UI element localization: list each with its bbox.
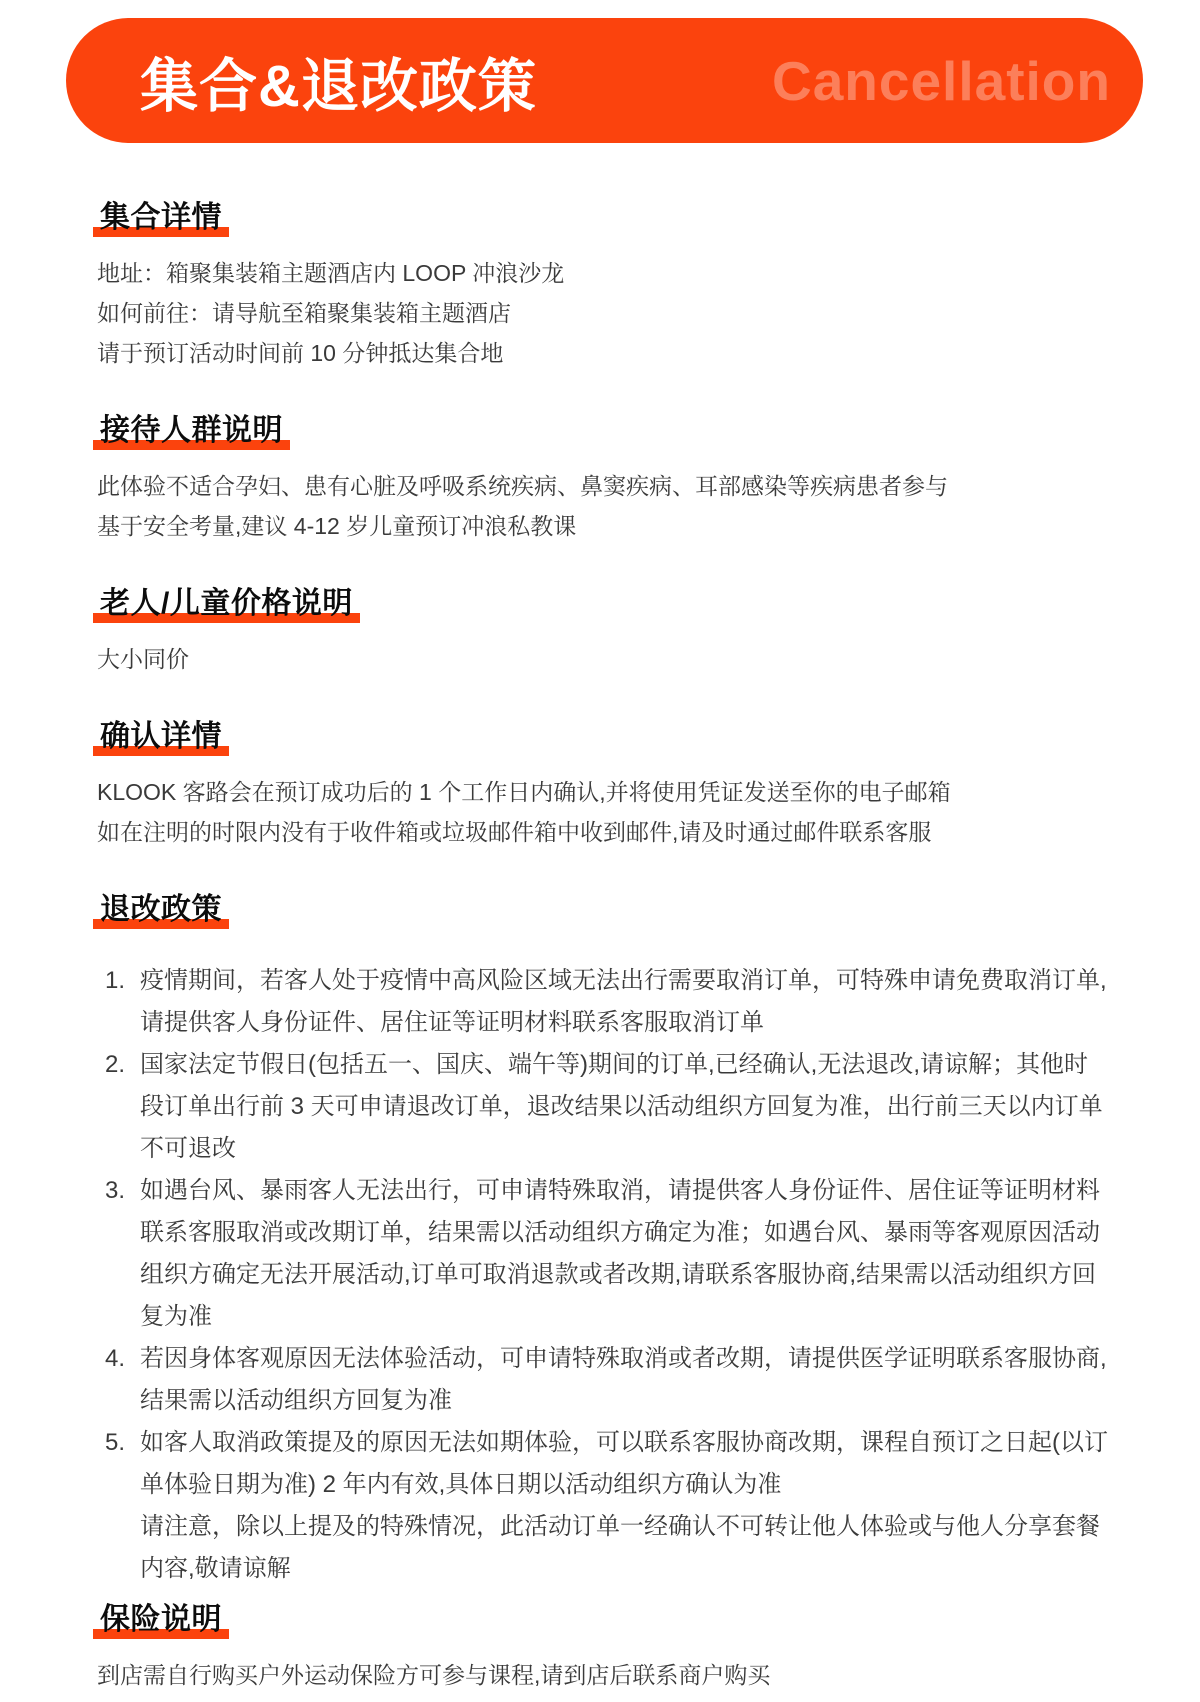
section-heading-insurance: 保险说明 <box>100 1602 222 1638</box>
section-audience: 接待人群说明 此体验不适合孕妇、患有心脏及呼吸系统疾病、鼻窦疾病、耳部感染等疾病… <box>97 413 1110 546</box>
section-heading-senior-child-price: 老人/儿童价格说明 <box>100 586 353 622</box>
section-cancellation-policy: 退改政策 1. 疫情期间，若客人处于疫情中高风险区域无法出行需要取消订单，可特殊… <box>97 892 1110 1590</box>
policy-item-text: 疫情期间，若客人处于疫情中高风险区域无法出行需要取消订单，可特殊申请免费取消订单… <box>140 960 1110 1044</box>
section-body: 大小同价 <box>97 639 1110 679</box>
section-body: 此体验不适合孕妇、患有心脏及呼吸系统疾病、鼻窦疾病、耳部感染等疾病患者参与 基于… <box>97 466 1110 546</box>
paragraph: 地址：箱聚集装箱主题酒店内 LOOP 冲浪沙龙 <box>97 253 1110 293</box>
policy-item-number: 4. <box>105 1338 140 1422</box>
paragraph: 此体验不适合孕妇、患有心脏及呼吸系统疾病、鼻窦疾病、耳部感染等疾病患者参与 <box>97 466 1110 506</box>
section-heading-meeting-details: 集合详情 <box>100 200 222 236</box>
policy-item-2: 2. 国家法定节假日(包括五一、国庆、端午等)期间的订单,已经确认,无法退改,请… <box>105 1044 1110 1170</box>
section-heading-audience: 接待人群说明 <box>100 413 283 449</box>
banner-title: 集合&退改政策 <box>140 39 537 123</box>
policy-item-text: 如遇台风、暴雨客人无法出行，可申请特殊取消，请提供客人身份证件、居住证等证明材料… <box>140 1170 1110 1338</box>
policy-item-3: 3. 如遇台风、暴雨客人无法出行，可申请特殊取消，请提供客人身份证件、居住证等证… <box>105 1170 1110 1338</box>
policy-item-number: 2. <box>105 1044 140 1170</box>
section-body: 到店需自行购买户外运动保险方可参与课程,请到店后联系商户购买 <box>97 1655 1110 1695</box>
section-body: KLOOK 客路会在预订成功后的 1 个工作日内确认,并将使用凭证发送至你的电子… <box>97 772 1110 852</box>
banner-subtitle: Cancellation <box>772 49 1111 113</box>
paragraph: 如何前往：请导航至箱聚集装箱主题酒店 <box>97 293 1110 333</box>
section-senior-child-price: 老人/儿童价格说明 大小同价 <box>97 586 1110 679</box>
policy-item-text: 若因身体客观原因无法体验活动，可申请特殊取消或者改期，请提供医学证明联系客服协商… <box>140 1338 1110 1422</box>
policy-item-text: 如客人取消政策提及的原因无法如期体验，可以联系客服协商改期，课程自预订之日起(以… <box>140 1422 1110 1506</box>
paragraph: 到店需自行购买户外运动保险方可参与课程,请到店后联系商户购买 <box>97 1655 1110 1695</box>
policy-item-text: 国家法定节假日(包括五一、国庆、端午等)期间的订单,已经确认,无法退改,请谅解；… <box>140 1044 1110 1170</box>
policy-item-note: 请注意，除以上提及的特殊情况，此活动订单一经确认不可转让他人体验或与他人分享套餐… <box>140 1506 1110 1590</box>
paragraph: KLOOK 客路会在预订成功后的 1 个工作日内确认,并将使用凭证发送至你的电子… <box>97 772 1110 812</box>
policy-item-4: 4. 若因身体客观原因无法体验活动，可申请特殊取消或者改期，请提供医学证明联系客… <box>105 1338 1110 1422</box>
policy-banner: 集合&退改政策 Cancellation <box>66 18 1143 143</box>
policy-content: 集合详情 地址：箱聚集装箱主题酒店内 LOOP 冲浪沙龙 如何前往：请导航至箱聚… <box>0 200 1200 1695</box>
paragraph: 大小同价 <box>97 639 1110 679</box>
section-body: 地址：箱聚集装箱主题酒店内 LOOP 冲浪沙龙 如何前往：请导航至箱聚集装箱主题… <box>97 253 1110 373</box>
policy-list: 1. 疫情期间，若客人处于疫情中高风险区域无法出行需要取消订单，可特殊申请免费取… <box>97 960 1110 1590</box>
section-heading-cancellation-policy: 退改政策 <box>100 892 222 928</box>
section-heading-confirmation: 确认详情 <box>100 719 222 755</box>
policy-item-number: 1. <box>105 960 140 1044</box>
policy-item-number: 3. <box>105 1170 140 1338</box>
policy-item-number: 5. <box>105 1422 140 1590</box>
policy-item-1: 1. 疫情期间，若客人处于疫情中高风险区域无法出行需要取消订单，可特殊申请免费取… <box>105 960 1110 1044</box>
paragraph: 请于预订活动时间前 10 分钟抵达集合地 <box>97 333 1110 373</box>
policy-item-text-wrap: 如客人取消政策提及的原因无法如期体验，可以联系客服协商改期，课程自预订之日起(以… <box>140 1422 1110 1590</box>
paragraph: 如在注明的时限内没有于收件箱或垃圾邮件箱中收到邮件,请及时通过邮件联系客服 <box>97 812 1110 852</box>
section-meeting-details: 集合详情 地址：箱聚集装箱主题酒店内 LOOP 冲浪沙龙 如何前往：请导航至箱聚… <box>97 200 1110 373</box>
section-insurance: 保险说明 到店需自行购买户外运动保险方可参与课程,请到店后联系商户购买 <box>97 1602 1110 1695</box>
paragraph: 基于安全考量,建议 4-12 岁儿童预订冲浪私教课 <box>97 506 1110 546</box>
policy-item-5: 5. 如客人取消政策提及的原因无法如期体验，可以联系客服协商改期，课程自预订之日… <box>105 1422 1110 1590</box>
section-confirmation: 确认详情 KLOOK 客路会在预订成功后的 1 个工作日内确认,并将使用凭证发送… <box>97 719 1110 852</box>
